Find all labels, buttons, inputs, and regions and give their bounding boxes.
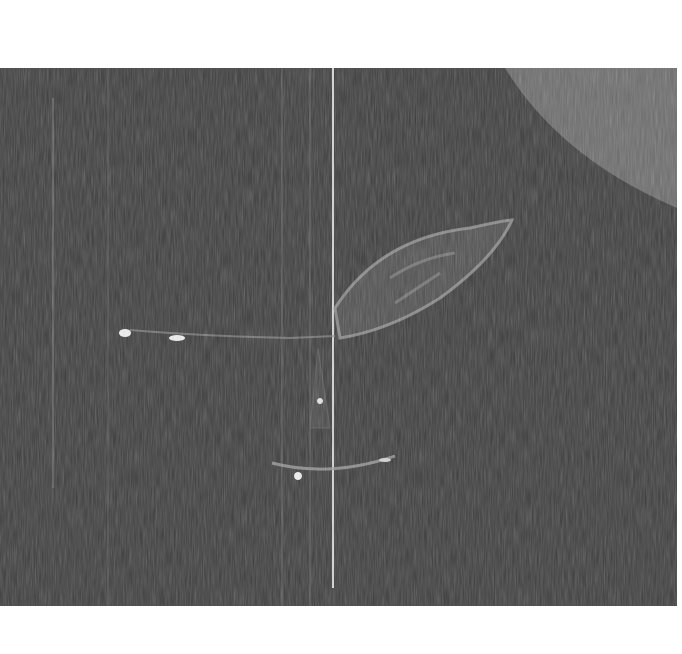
photograph bbox=[0, 68, 677, 606]
lamp-photo-graphic bbox=[0, 68, 677, 606]
